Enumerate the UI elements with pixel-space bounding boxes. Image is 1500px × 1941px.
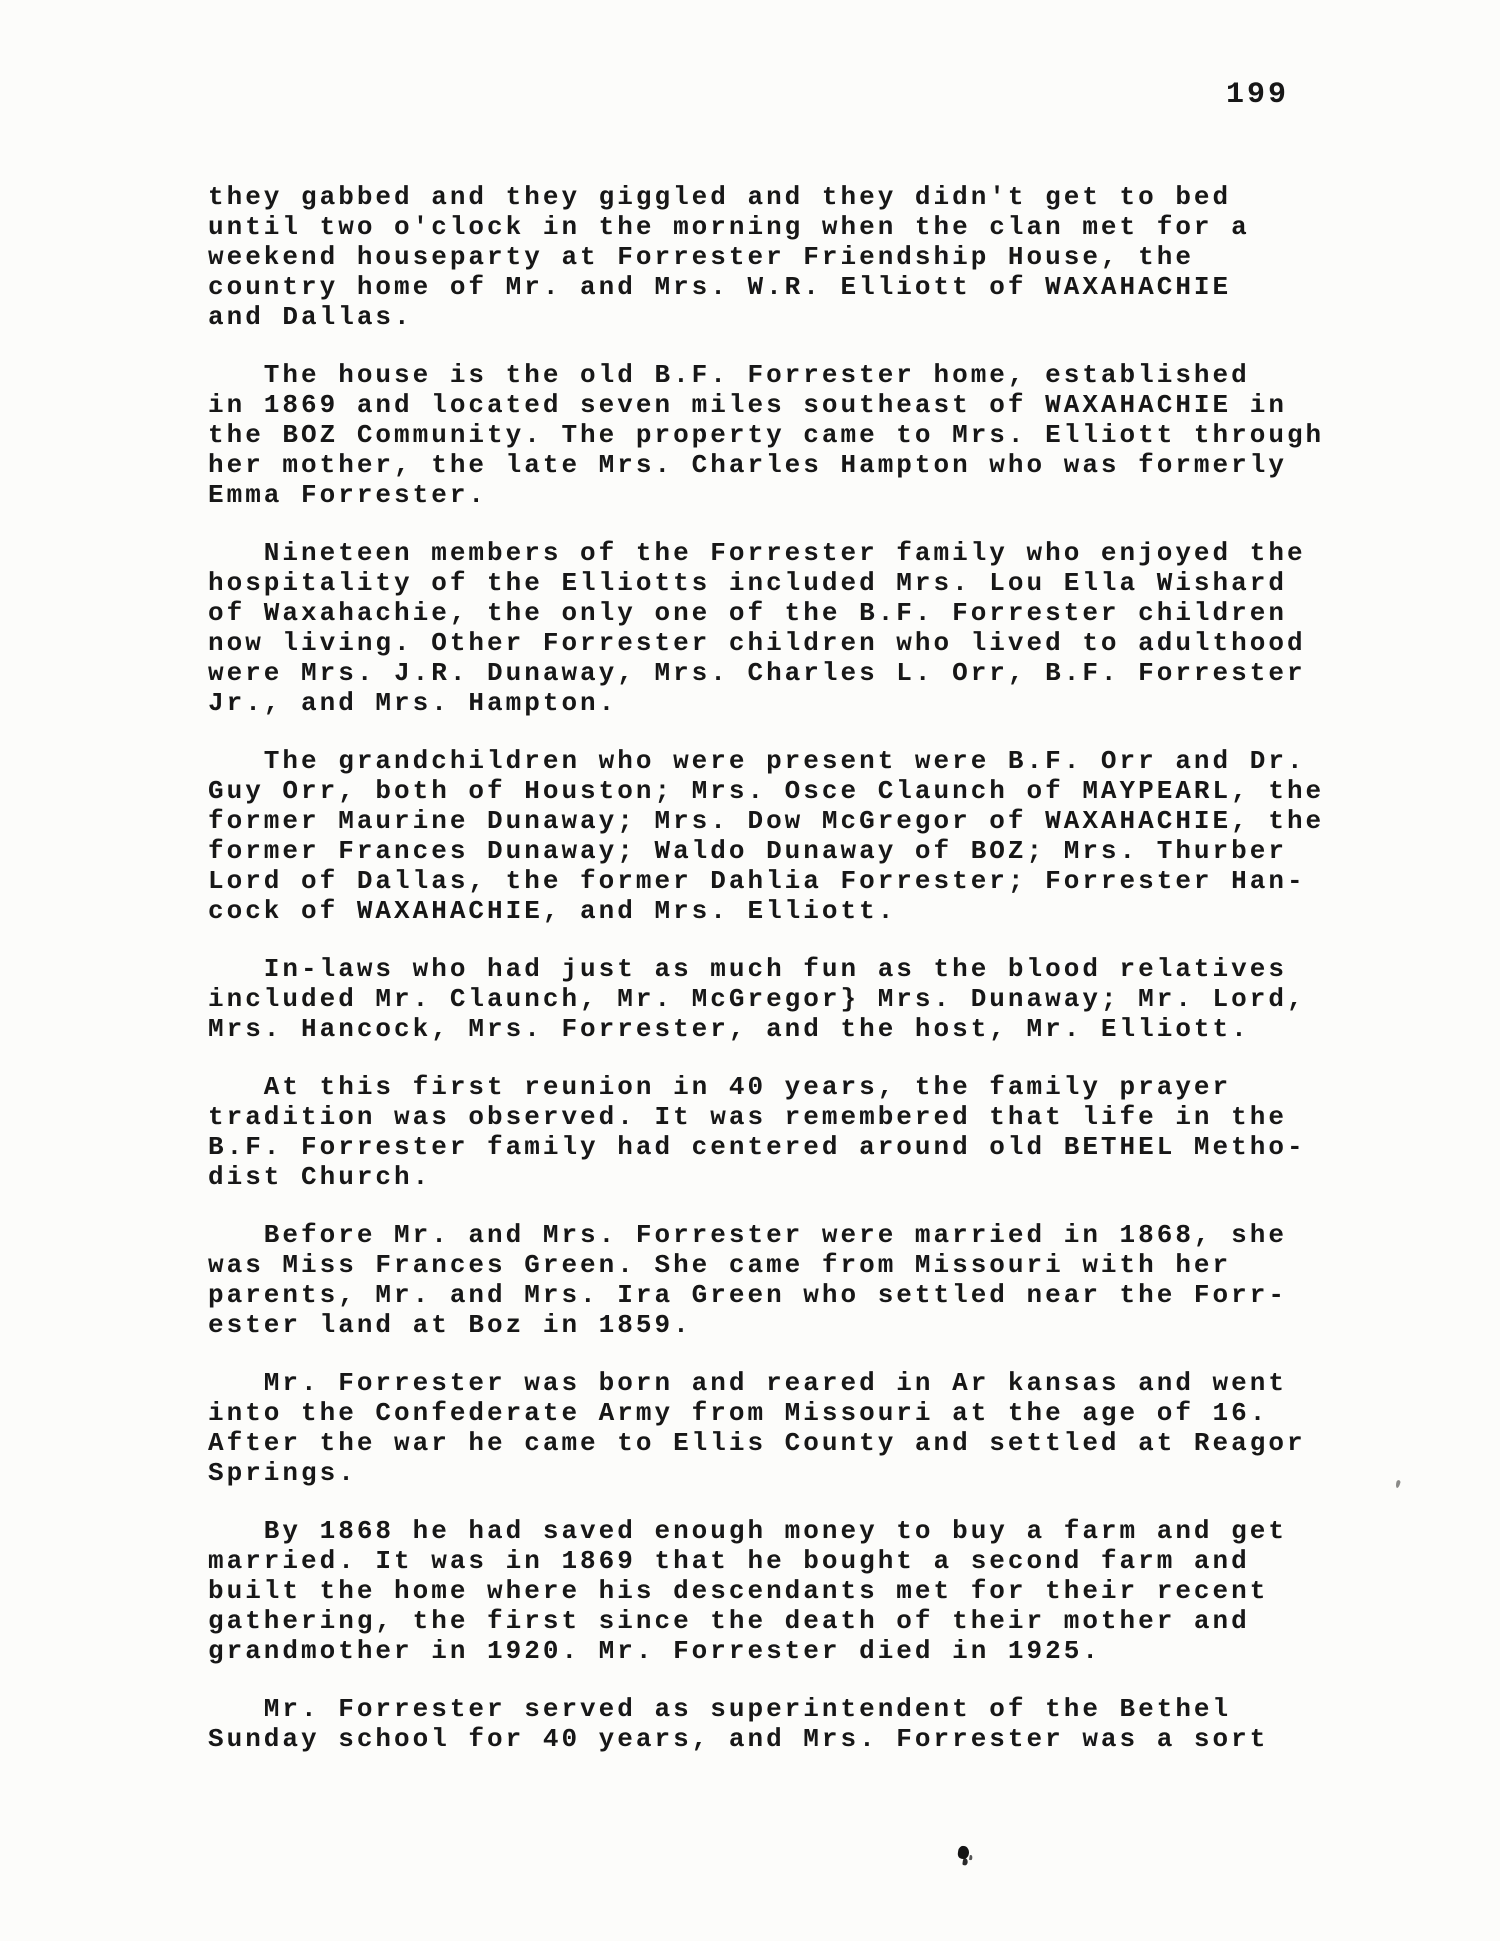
paragraph-1: they gabbed and they giggled and they di…	[208, 182, 1408, 332]
page-number: 199	[1226, 78, 1289, 112]
ink-smudge	[957, 1845, 970, 1859]
paragraph-10: Mr. Forrester served as superintendent o…	[208, 1694, 1408, 1754]
paragraph-9: By 1868 he had saved enough money to buy…	[208, 1516, 1408, 1666]
paragraph-3: Nineteen members of the Forrester family…	[208, 538, 1408, 718]
scanned-document-page: 199 they gabbed and they giggled and the…	[0, 0, 1500, 1941]
paragraph-2: The house is the old B.F. Forrester home…	[208, 360, 1408, 510]
paragraph-8: Mr. Forrester was born and reared in Ar …	[208, 1368, 1408, 1488]
paragraph-5: In-laws who had just as much fun as the …	[208, 954, 1408, 1044]
document-body: they gabbed and they giggled and they di…	[208, 182, 1408, 1782]
paragraph-7: Before Mr. and Mrs. Forrester were marri…	[208, 1220, 1408, 1340]
paragraph-4: The grandchildren who were present were …	[208, 746, 1408, 926]
paragraph-6: At this first reunion in 40 years, the f…	[208, 1072, 1408, 1192]
